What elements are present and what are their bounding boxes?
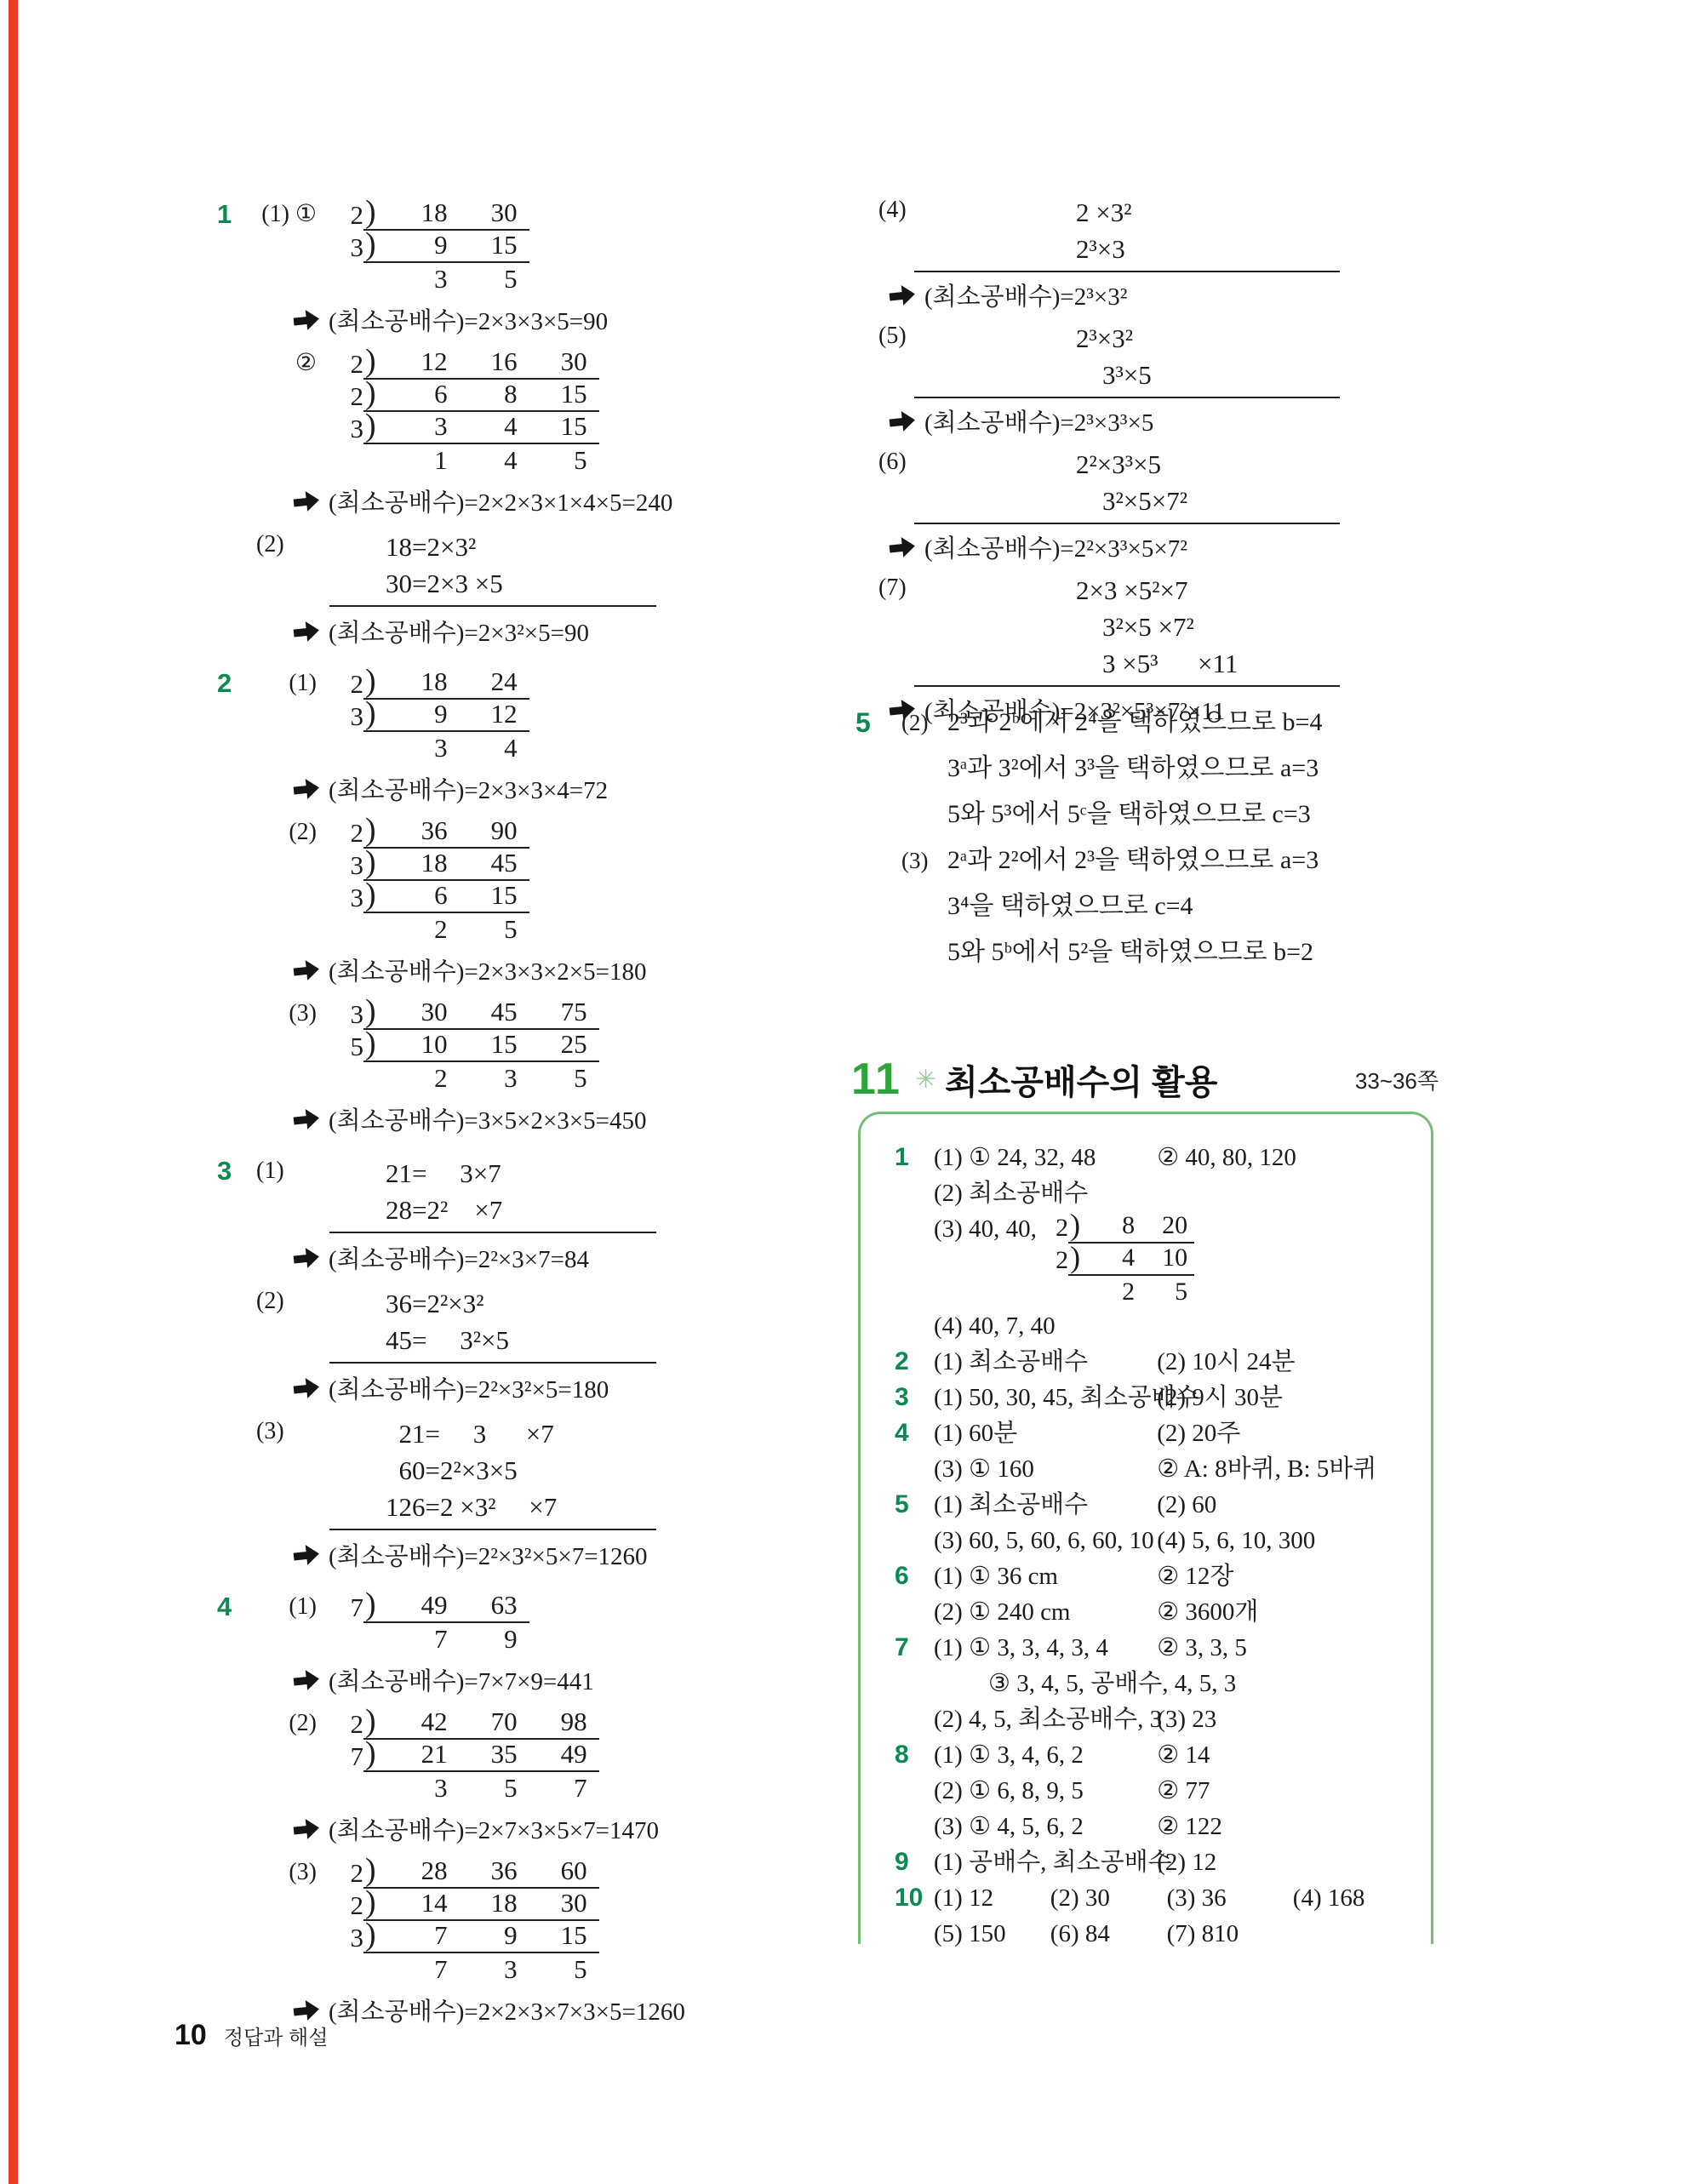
ladder-result-cell: 3 bbox=[378, 264, 448, 294]
answer-text: (2) 12 bbox=[1157, 1849, 1216, 1876]
ladder-paren: ) bbox=[1068, 1210, 1082, 1241]
ladder-row: 3)7915 bbox=[329, 1921, 599, 1953]
ladder-paren: ) bbox=[363, 1029, 378, 1060]
answer-row: (2) ① 6, 8, 9, 5② 77 bbox=[895, 1773, 1419, 1809]
part-label: (1) ① bbox=[255, 198, 329, 295]
division-ladder: 2)18243)912)34 bbox=[329, 667, 529, 764]
answer-row: 1(1) ① 24, 32, 48② 40, 80, 120 bbox=[895, 1140, 1419, 1175]
ladder-cell: 18 bbox=[378, 666, 448, 697]
answer-cell: (3) 23 bbox=[1157, 1701, 1419, 1737]
ladder-result-cell: 3 bbox=[378, 733, 448, 763]
section-page-range: 33~36쪽 bbox=[1217, 1064, 1439, 1095]
answer-cell: (6) 84 bbox=[1050, 1916, 1167, 1952]
page-edge-stripe bbox=[9, 0, 18, 2184]
ladder-cells: )121630 bbox=[363, 346, 599, 380]
ladder-cell: 36 bbox=[378, 815, 448, 846]
solution-problem: 2(1) 2)18243)912)34(최소공배수)=2×3×3×4=72(2)… bbox=[217, 667, 745, 1146]
ladder-cells: )141830 bbox=[363, 1888, 599, 1921]
answer-row: (2) 4, 5, 최소공배수, 3(3) 23 bbox=[895, 1701, 1419, 1737]
footer-page-number: 10 bbox=[174, 2019, 207, 2052]
division-ladder: 2)8202)410)25 bbox=[1043, 1211, 1194, 1308]
answer-number bbox=[895, 1916, 934, 1952]
ladder-cell: 8 bbox=[1082, 1210, 1135, 1241]
answer-number bbox=[895, 1666, 934, 1701]
ladder-result-row: )34 bbox=[329, 732, 529, 764]
solution-text: 5와 5ᵇ에서 5²을 택하였으므로 b=2 bbox=[947, 938, 1313, 966]
ladder-row: 2)820 bbox=[1043, 1211, 1194, 1244]
answer-row: 4(1) 60분(2) 20주 bbox=[895, 1415, 1419, 1451]
arrow-icon bbox=[292, 958, 321, 981]
answer-text: (2) 20주 bbox=[1157, 1420, 1240, 1447]
problem-solution: (2)2³과 2ᵇ에서 2⁴을 택하였으므로 b=43ᵃ과 3²에서 3³을 택… bbox=[901, 700, 1451, 975]
answer-row: (4) 40, 7, 40 bbox=[895, 1308, 1419, 1344]
factorization-block: (2)18=2×3²30=2×3 ×5 bbox=[255, 529, 745, 607]
ladder-cell: 63 bbox=[448, 1590, 518, 1621]
part-label: (1) bbox=[255, 1155, 329, 1233]
answer-text: (4) 40, 7, 40 bbox=[934, 1312, 1056, 1340]
division-ladder: 2)4270987)213549)357 bbox=[329, 1707, 599, 1804]
ladder-cell: 30 bbox=[448, 197, 518, 228]
answer-number: 10 bbox=[895, 1880, 934, 1916]
factor-line: 21= 3×7 bbox=[329, 1155, 656, 1192]
answer-text: ③ 3, 4, 5, 공배수, 4, 5, 3 bbox=[988, 1670, 1236, 1697]
ladder-divisor: 2 bbox=[329, 1709, 363, 1740]
division-ladder: 2)2836602)1418303)7915)735 bbox=[329, 1856, 599, 1986]
factorization-block: (7)2×3 ×5²×7 3²×5 ×7² 3 ×5³ ×11 bbox=[877, 572, 1439, 687]
ladder-divisor: 7 bbox=[329, 1741, 363, 1772]
answer-text: (1) 60분 bbox=[934, 1420, 1017, 1447]
ladder-paren: ) bbox=[363, 666, 378, 697]
ladder-cell: 6 bbox=[378, 379, 448, 409]
ladder-row: 3)915 bbox=[329, 231, 529, 263]
answer-row: 7(1) ① 3, 3, 4, 3, 4② 3, 3, 5 bbox=[895, 1630, 1419, 1666]
answer-text: (1) ① 36 cm bbox=[934, 1563, 1058, 1590]
ladder-result-cell: 5 bbox=[518, 1954, 587, 1985]
ladder-divisor: 2 bbox=[329, 349, 363, 380]
factor-lines: 2³×3² 3³×5 bbox=[914, 320, 1340, 398]
ladder-result-cell: 9 bbox=[448, 1624, 518, 1655]
answer-row: (3) ① 160② A: 8바퀴, B: 5바퀴 bbox=[895, 1451, 1419, 1487]
ladder-block: (2) 2)4270987)213549)357 bbox=[255, 1707, 745, 1804]
lcm-result-line: (최소공배수)=2×3²×5=90 bbox=[293, 614, 745, 649]
answer-cell: (2) 30 bbox=[1050, 1880, 1167, 1916]
ladder-divisor: 2 bbox=[329, 818, 363, 849]
part-label: (7) bbox=[877, 572, 914, 687]
ladder-result-cell: 5 bbox=[518, 445, 587, 476]
answer-cell: (2) 20주 bbox=[1157, 1415, 1419, 1451]
problem-number: 2 bbox=[217, 667, 255, 1146]
ladder-cell: 10 bbox=[1135, 1243, 1187, 1273]
answer-cell: (4) 40, 7, 40 bbox=[934, 1308, 1419, 1344]
ladder-cell: 18 bbox=[378, 848, 448, 878]
factor-line: 126=2 ×3² ×7 bbox=[329, 1489, 656, 1525]
factor-line: 36=2²×3² bbox=[329, 1285, 656, 1322]
lcm-result-line: (최소공배수)=2²×3²×5×7=1260 bbox=[293, 1537, 745, 1572]
ladder-divisor: 3 bbox=[329, 414, 363, 444]
problem-number: 3 bbox=[217, 1155, 255, 1582]
arrow-icon bbox=[292, 1668, 321, 1691]
ladder-result-cell: 4 bbox=[448, 445, 518, 476]
problem-solution: (1) ① 2)18303)915)35(최소공배수)=2×3×3×5=90② … bbox=[255, 198, 745, 659]
answer-number bbox=[895, 1701, 934, 1737]
problem-number: 5 bbox=[855, 700, 901, 975]
part-label: (1) bbox=[255, 667, 329, 764]
ladder-cells: )820 bbox=[1068, 1210, 1194, 1244]
answer-cell: ② 122 bbox=[1157, 1809, 1419, 1844]
factor-line: 2³×3² bbox=[914, 320, 1340, 357]
ladder-cell: 9 bbox=[378, 230, 448, 260]
answer-text: ② 12장 bbox=[1157, 1563, 1233, 1590]
ladder-divisor: 3 bbox=[329, 883, 363, 913]
ladder-result-cell: 5 bbox=[448, 264, 518, 294]
ladder-divisor: 3 bbox=[329, 850, 363, 881]
ladder-cell: 70 bbox=[448, 1707, 518, 1737]
ladder-result-cell: 2 bbox=[378, 914, 448, 945]
part-label: ② bbox=[255, 347, 329, 477]
ladder-result-cell: 7 bbox=[518, 1773, 587, 1804]
ladder-cell: 45 bbox=[448, 848, 518, 878]
ladder-result-cell: 3 bbox=[448, 1954, 518, 1985]
section-11-header: 11 ✳ 최소공배수의 활용 33~36쪽 bbox=[851, 1054, 1439, 1105]
answer-number: 5 bbox=[895, 1487, 934, 1523]
answer-row: (3) 40, 40, 2)8202)410)25 bbox=[895, 1211, 1419, 1308]
answer-row: (3) 60, 5, 60, 6, 60, 10(4) 5, 6, 10, 30… bbox=[895, 1523, 1419, 1558]
lcm-result-line: (최소공배수)=2²×3²×5=180 bbox=[293, 1370, 745, 1405]
answer-cell: (4) 168 bbox=[1293, 1880, 1419, 1916]
ladder-cell: 9 bbox=[378, 699, 448, 729]
factor-lines: 36=2²×3²45= 3²×5 bbox=[329, 1285, 656, 1364]
ladder-result-row: )357 bbox=[329, 1772, 599, 1804]
factor-line: 3 ×5³ ×11 bbox=[914, 645, 1340, 682]
ladder-paren: ) bbox=[363, 346, 378, 377]
ladder-result-row: )79 bbox=[329, 1623, 529, 1655]
ladder-row: 7)213549 bbox=[329, 1740, 599, 1772]
answer-cell: (3) 36 bbox=[1167, 1880, 1293, 1916]
ladder-divisor: 3 bbox=[329, 999, 363, 1030]
answer-text: ② 40, 80, 120 bbox=[1157, 1144, 1296, 1171]
star-icon: ✳ bbox=[915, 1065, 936, 1095]
answer-text: (3) 36 bbox=[1167, 1884, 1227, 1912]
factorization-block: (3) 21= 3 ×7 60=2²×3×5126=2 ×3² ×7 bbox=[255, 1415, 745, 1530]
arrow-icon bbox=[292, 1376, 321, 1399]
arrow-icon bbox=[292, 1817, 321, 1840]
ladder-cells: )6815 bbox=[363, 379, 599, 412]
factor-line: 2²×3³×5 bbox=[914, 446, 1340, 483]
solutions-right-column: (4)2 ×3²2³×3(최소공배수)=2³×3²(5)2³×3² 3³×5(최… bbox=[877, 194, 1439, 735]
ladder-row: 3)615 bbox=[329, 881, 529, 913]
ladder-cell: 21 bbox=[378, 1739, 448, 1769]
ladder-cell: 35 bbox=[448, 1739, 518, 1769]
answer-number: 9 bbox=[895, 1844, 934, 1880]
ladder-cell: 49 bbox=[378, 1590, 448, 1621]
ladder-cells: )410 bbox=[1068, 1243, 1194, 1276]
ladder-cell: 15 bbox=[448, 1029, 518, 1060]
ladder-block: (1) 7)4963)79 bbox=[255, 1591, 745, 1655]
arrow-icon bbox=[292, 620, 321, 643]
answer-text: ② 3600개 bbox=[1157, 1598, 1258, 1626]
ladder-block: (2) 2)36903)18453)615)25 bbox=[255, 816, 745, 946]
ladder-cell: 18 bbox=[448, 1888, 518, 1918]
problem-number: 1 bbox=[217, 198, 255, 659]
answer-cell: (2) 4, 5, 최소공배수, 3 bbox=[934, 1701, 1157, 1737]
answer-cell: (2) 12 bbox=[1157, 1844, 1419, 1880]
ladder-cell: 30 bbox=[518, 1888, 587, 1918]
answer-cell: ② 77 bbox=[1157, 1773, 1419, 1809]
ladder-divisor: 2 bbox=[329, 1890, 363, 1921]
answer-text: (3) 40, 40, bbox=[934, 1211, 1043, 1247]
ladder-cells: )3415 bbox=[363, 411, 599, 444]
answer-text: (2) ① 240 cm bbox=[934, 1598, 1071, 1626]
answer-text: (3) 23 bbox=[1157, 1706, 1216, 1733]
answer-text: (6) 84 bbox=[1050, 1920, 1110, 1947]
ladder-cell: 20 bbox=[1135, 1210, 1187, 1241]
ladder-block: ② 2)1216302)68153)3415)145 bbox=[255, 347, 745, 477]
ladder-cell: 14 bbox=[378, 1888, 448, 1918]
ladder-cell: 3 bbox=[378, 411, 448, 442]
ladder-cell: 98 bbox=[518, 1707, 587, 1737]
answer-text: (3) ① 160 bbox=[934, 1455, 1034, 1483]
ladder-block: (1) 2)18243)912)34 bbox=[255, 667, 745, 764]
solution-problem: 3(1)21= 3×728=2² ×7(최소공배수)=2²×3×7=84(2)3… bbox=[217, 1155, 745, 1582]
factor-line: 2 ×3² bbox=[914, 194, 1340, 231]
ladder-result-cell: 3 bbox=[448, 1063, 518, 1094]
ladder-result-cell: 5 bbox=[1135, 1277, 1187, 1307]
section-title: 최소공배수의 활용 bbox=[945, 1055, 1217, 1104]
answer-row: (5) 150(6) 84(7) 810 bbox=[895, 1916, 1419, 1952]
lcm-result-line: (최소공배수)=2×3×3×5=90 bbox=[293, 302, 745, 337]
answer-text: (3) ① 4, 5, 6, 2 bbox=[934, 1813, 1084, 1840]
lcm-formula: (최소공배수)=2³×3² bbox=[924, 277, 1127, 312]
answer-cell: (3) ① 4, 5, 6, 2 bbox=[934, 1809, 1157, 1844]
answer-text: (2) 4, 5, 최소공배수, 3 bbox=[934, 1706, 1162, 1733]
section-number: 11 bbox=[851, 1054, 901, 1105]
ladder-cells: )1830 bbox=[363, 197, 529, 231]
ladder-cell: 7 bbox=[378, 1920, 448, 1951]
answer-box: 1(1) ① 24, 32, 48② 40, 80, 120(2) 최소공배수(… bbox=[858, 1112, 1433, 1944]
answer-text: (5) 150 bbox=[934, 1920, 1006, 1947]
answer-row: 3(1) 50, 30, 45, 최소공배수(2) 9시 30분 bbox=[895, 1380, 1419, 1415]
answer-cell: (3) 60, 5, 60, 6, 60, 10 bbox=[934, 1523, 1157, 1558]
ladder-cells: )4963 bbox=[363, 1590, 529, 1623]
answer-row: (2) ① 240 cm② 3600개 bbox=[895, 1594, 1419, 1630]
factor-line: 3³×5 bbox=[914, 357, 1340, 393]
ladder-cell: 12 bbox=[448, 699, 518, 729]
answer-number: 3 bbox=[895, 1380, 934, 1415]
ladder-cell: 9 bbox=[448, 1920, 518, 1951]
answer-text: (3) 60, 5, 60, 6, 60, 10 bbox=[934, 1527, 1154, 1554]
answer-cell: (1) ① 36 cm bbox=[934, 1558, 1157, 1594]
ladder-result-cell: 5 bbox=[448, 914, 518, 945]
ladder-cell: 30 bbox=[378, 997, 448, 1027]
part-label: (4) bbox=[877, 194, 914, 272]
lcm-formula: (최소공배수)=2²×3×7=84 bbox=[329, 1240, 589, 1275]
ladder-row: 3)3415 bbox=[329, 412, 599, 444]
answer-cell: (2) 9시 30분 bbox=[1157, 1380, 1419, 1415]
part-label: (2) bbox=[901, 700, 947, 746]
ladder-result-cell: 5 bbox=[448, 1773, 518, 1804]
solution-text: 2ᵃ과 2²에서 2³을 택하였으므로 a=3 bbox=[947, 846, 1319, 874]
answer-number bbox=[895, 1308, 934, 1344]
factor-line: 18=2×3² bbox=[329, 529, 656, 565]
lcm-formula: (최소공배수)=2×3×3×2×5=180 bbox=[329, 952, 647, 987]
part-label: (3) bbox=[255, 1856, 329, 1986]
solution-text-line: 3ᵃ과 3²에서 3³을 택하였으므로 a=3 bbox=[901, 746, 1451, 792]
ladder-row: 2)3690 bbox=[329, 816, 529, 849]
ladder-result-cell: 2 bbox=[1082, 1277, 1135, 1307]
answer-text: (1) 최소공배수 bbox=[934, 1491, 1088, 1518]
answer-text: (1) 12 bbox=[934, 1884, 993, 1912]
ladder-cell: 15 bbox=[518, 379, 587, 409]
factorization-block: (5)2³×3² 3³×5 bbox=[877, 320, 1439, 398]
answer-text: (2) 9시 30분 bbox=[1157, 1384, 1283, 1411]
ladder-divisor: 2 bbox=[1043, 1213, 1068, 1244]
ladder-paren: ) bbox=[363, 1855, 378, 1886]
factorization-block: (4)2 ×3²2³×3 bbox=[877, 194, 1439, 272]
lcm-result-line: (최소공배수)=2×2×3×7×3×5=1260 bbox=[293, 1992, 745, 2027]
factor-line: 2³×3 bbox=[914, 231, 1340, 267]
ladder-cell: 28 bbox=[378, 1855, 448, 1886]
lcm-formula: (최소공배수)=2×3²×5=90 bbox=[329, 614, 589, 649]
ladder-result-cell: 1 bbox=[378, 445, 448, 476]
ladder-result-cell: 7 bbox=[378, 1624, 448, 1655]
lcm-formula: (최소공배수)=7×7×9=441 bbox=[329, 1662, 594, 1697]
lcm-formula: (최소공배수)=3×5×2×3×5=450 bbox=[329, 1101, 647, 1136]
lcm-result-line: (최소공배수)=3×5×2×3×5=450 bbox=[293, 1101, 745, 1136]
answer-cell: ② 40, 80, 120 bbox=[1157, 1140, 1419, 1175]
answer-text: (2) 최소공배수 bbox=[934, 1180, 1088, 1207]
ladder-row: 3)912 bbox=[329, 700, 529, 732]
answer-text: ② 122 bbox=[1157, 1813, 1222, 1840]
lcm-result-line: (최소공배수)=2²×3³×5×7² bbox=[889, 529, 1439, 564]
lcm-result-line: (최소공배수)=2²×3×7=84 bbox=[293, 1240, 745, 1275]
answer-text: (2) 30 bbox=[1050, 1884, 1110, 1912]
ladder-paren: ) bbox=[363, 815, 378, 846]
lcm-result-line: (최소공배수)=2×3×3×4=72 bbox=[293, 771, 745, 806]
answer-row: ③ 3, 4, 5, 공배수, 4, 5, 3 bbox=[895, 1666, 1419, 1701]
answer-cell: (1) ① 3, 3, 4, 3, 4 bbox=[934, 1630, 1157, 1666]
page-footer: 10 정답과 해설 bbox=[174, 2019, 328, 2052]
ladder-cell: 6 bbox=[378, 880, 448, 911]
footer-label: 정답과 해설 bbox=[224, 2021, 329, 2050]
problem-number: 4 bbox=[217, 1591, 255, 2038]
answer-cell: (2) ① 6, 8, 9, 5 bbox=[934, 1773, 1157, 1809]
arrow-icon bbox=[292, 1107, 321, 1130]
lcm-formula: (최소공배수)=2²×3²×5×7=1260 bbox=[329, 1537, 648, 1572]
division-ladder: 2)36903)18453)615)25 bbox=[329, 816, 529, 946]
answer-cell: ② 3600개 bbox=[1157, 1594, 1419, 1630]
answer-cell: (4) 5, 6, 10, 300 bbox=[1157, 1523, 1419, 1558]
ladder-block: (3) 2)2836602)1418303)7915)735 bbox=[255, 1856, 745, 1986]
ladder-divisor: 2 bbox=[1043, 1245, 1068, 1276]
ladder-result-cell: 3 bbox=[378, 1773, 448, 1804]
ladder-cell: 36 bbox=[448, 1855, 518, 1886]
ladder-cells: )101525 bbox=[363, 1029, 599, 1062]
arrow-icon bbox=[292, 1543, 321, 1566]
factor-line: 28=2² ×7 bbox=[329, 1192, 656, 1228]
ladder-cell: 42 bbox=[378, 1707, 448, 1737]
solution-problem: 4(1) 7)4963)79(최소공배수)=7×7×9=441(2) 2)427… bbox=[217, 1591, 745, 2038]
solution-text-line: (3)2ᵃ과 2²에서 2³을 택하였으므로 a=3 bbox=[901, 838, 1451, 883]
answer-cell: ② A: 8바퀴, B: 5바퀴 bbox=[1157, 1451, 1419, 1487]
factorization-block: (6)2²×3³×5 3²×5×7² bbox=[877, 446, 1439, 524]
factor-line: 21= 3 ×7 bbox=[329, 1415, 656, 1452]
answer-cell: (3) 40, 40, 2)8202)410)25 bbox=[934, 1211, 1419, 1308]
arrow-icon bbox=[292, 308, 321, 331]
ladder-row: 2)1830 bbox=[329, 198, 529, 231]
ladder-divisor: 2 bbox=[329, 200, 363, 231]
answer-cell: (1) ① 24, 32, 48 bbox=[934, 1140, 1157, 1175]
ladder-cells: )283660 bbox=[363, 1855, 599, 1889]
lcm-formula: (최소공배수)=2×7×3×5×7=1470 bbox=[329, 1811, 659, 1846]
answer-cell: (1) 최소공배수 bbox=[934, 1344, 1157, 1380]
part-label: (2) bbox=[255, 529, 329, 607]
answer-cell: (2) 10시 24분 bbox=[1157, 1344, 1419, 1380]
answer-text: (7) 810 bbox=[1167, 1920, 1239, 1947]
lcm-result-line: (최소공배수)=7×7×9=441 bbox=[293, 1662, 745, 1697]
answer-text: (2) ① 6, 8, 9, 5 bbox=[934, 1777, 1084, 1804]
answer-number bbox=[895, 1175, 934, 1211]
solution-text-line: 5와 5³에서 5ᶜ을 택하였으므로 c=3 bbox=[901, 792, 1451, 838]
answer-number bbox=[895, 1451, 934, 1487]
answer-cell: (1) ① 3, 4, 6, 2 bbox=[934, 1737, 1157, 1773]
answer-row: 6(1) ① 36 cm② 12장 bbox=[895, 1558, 1419, 1594]
lcm-formula: (최소공배수)=2×3×3×4=72 bbox=[329, 771, 608, 806]
ladder-cell: 15 bbox=[518, 1920, 587, 1951]
ladder-cell: 25 bbox=[518, 1029, 587, 1060]
problem-solution: (1)21= 3×728=2² ×7(최소공배수)=2²×3×7=84(2)36… bbox=[255, 1155, 745, 1582]
ladder-cell: 15 bbox=[448, 230, 518, 260]
factor-line: 60=2²×3×5 bbox=[329, 1452, 656, 1489]
ladder-cell: 15 bbox=[448, 880, 518, 911]
factor-lines: 2²×3³×5 3²×5×7² bbox=[914, 446, 1340, 524]
answer-row: 8(1) ① 3, 4, 6, 2② 14 bbox=[895, 1737, 1419, 1773]
answer-cell: ② 14 bbox=[1157, 1737, 1419, 1773]
lcm-result-line: (최소공배수)=2×7×3×5×7=1470 bbox=[293, 1811, 745, 1846]
lcm-formula: (최소공배수)=2³×3³×5 bbox=[924, 403, 1153, 438]
ladder-paren: ) bbox=[363, 1707, 378, 1737]
answer-number bbox=[895, 1773, 934, 1809]
ladder-cells: )213549 bbox=[363, 1739, 599, 1772]
lcm-formula: (최소공배수)=2×2×3×1×4×5=240 bbox=[329, 483, 672, 518]
ladder-paren: ) bbox=[363, 379, 378, 409]
ladder-row: 7)4963 bbox=[329, 1591, 529, 1623]
answer-cell: (1) 60분 bbox=[934, 1415, 1157, 1451]
ladder-divisor: 3 bbox=[329, 1923, 363, 1953]
ladder-paren: ) bbox=[363, 197, 378, 228]
answer-cell: (7) 810 bbox=[1167, 1916, 1293, 1952]
answer-text: (2) 10시 24분 bbox=[1157, 1348, 1295, 1375]
ladder-paren: ) bbox=[363, 997, 378, 1027]
ladder-result-cell: 2 bbox=[378, 1063, 448, 1094]
answer-row: 2(1) 최소공배수(2) 10시 24분 bbox=[895, 1344, 1419, 1380]
ladder-cells: )1824 bbox=[363, 666, 529, 700]
arrow-icon bbox=[888, 409, 917, 432]
ladder-row: 2)1824 bbox=[329, 667, 529, 700]
ladder-result-row: )25 bbox=[1043, 1276, 1194, 1308]
arrow-icon bbox=[292, 777, 321, 800]
answer-number: 6 bbox=[895, 1558, 934, 1594]
ladder-result-row: )145 bbox=[329, 444, 599, 477]
answer-row: 9(1) 공배수, 최소공배수(2) 12 bbox=[895, 1844, 1419, 1880]
part-label: (3) bbox=[901, 838, 947, 883]
ladder-result-row: )25 bbox=[329, 913, 529, 946]
division-ladder: 2)1216302)68153)3415)145 bbox=[329, 347, 599, 477]
ladder-paren: ) bbox=[363, 1888, 378, 1918]
factor-lines: 2×3 ×5²×7 3²×5 ×7² 3 ×5³ ×11 bbox=[914, 572, 1340, 687]
division-ladder: 2)18303)915)35 bbox=[329, 198, 529, 295]
ladder-paren: ) bbox=[363, 880, 378, 911]
answer-cell: (1) 최소공배수 bbox=[934, 1487, 1157, 1523]
